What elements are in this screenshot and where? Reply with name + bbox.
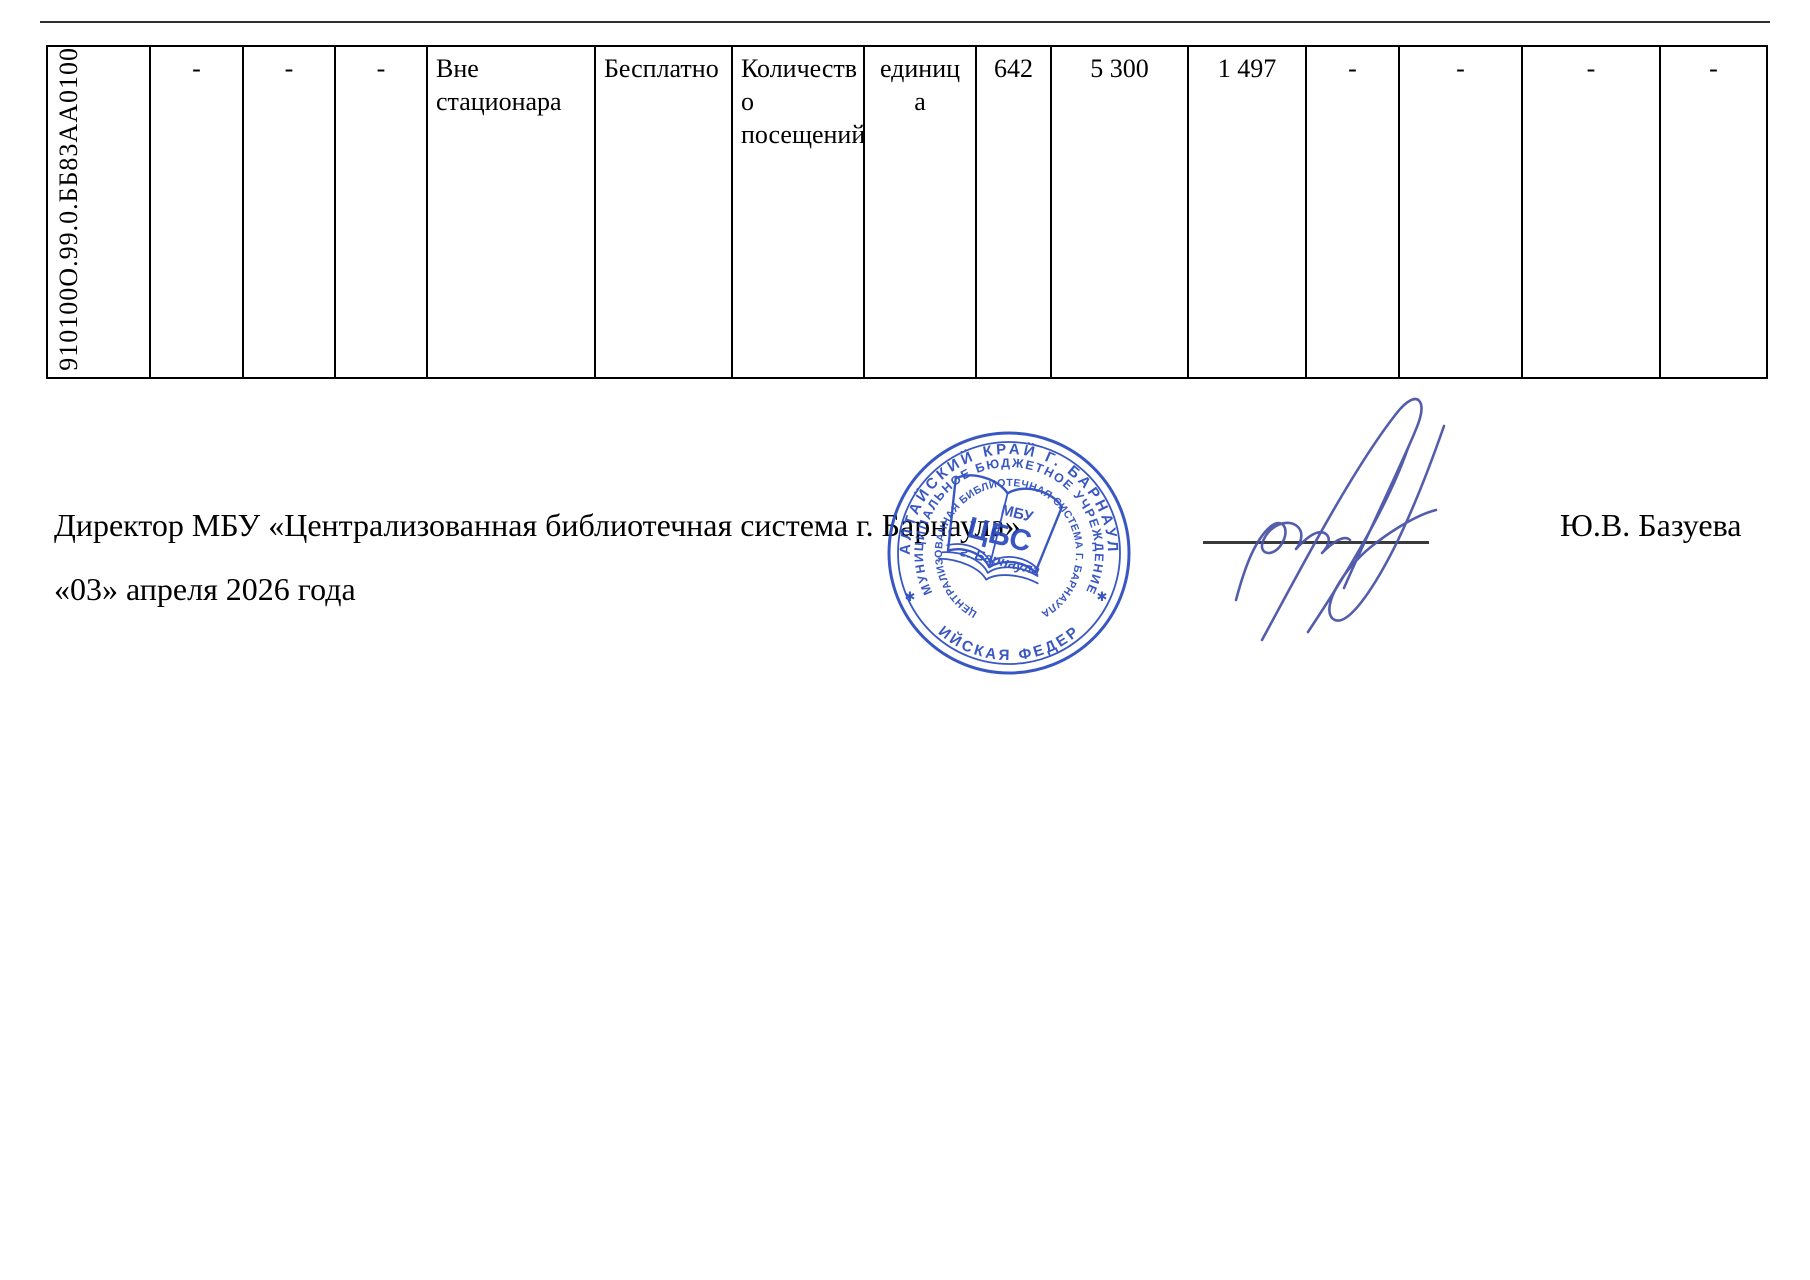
- table-cell: -: [1400, 47, 1521, 377]
- table-cell-free-of-charge: Бесплатно: [596, 47, 731, 377]
- rotated-service-code: 910100О.99.0.ББ83АА01000: [55, 47, 84, 371]
- director-title-line: Директор МБУ «Централизованная библиотеч…: [54, 508, 1021, 543]
- signatory-name: Ю.В. Базуева: [1560, 508, 1741, 543]
- document-date: «03» апреля 2026 года: [54, 572, 356, 607]
- table-cell: -: [151, 47, 242, 377]
- table-cell-unit-name: единиц а: [865, 47, 975, 377]
- table-cell: -: [1307, 47, 1398, 377]
- table-cell: -: [244, 47, 334, 377]
- table-cell-indicator-name: Количеств о посещений: [733, 47, 863, 377]
- handwritten-signature: [1170, 385, 1470, 650]
- municipal-task-table: 910100О.99.0.ББ83АА01000 - - - Вне стаци…: [46, 45, 1768, 379]
- signature-stroke: [1262, 399, 1422, 640]
- organization-stamp: АЛТАЙСКИЙ КРАЙ Г. БАРНАУЛ РОССИЙСКАЯ ФЕД…: [879, 423, 1139, 683]
- table-cell: -: [1523, 47, 1659, 377]
- table-cell-actual-value: 1 497: [1189, 47, 1305, 377]
- table-cell-service-code: 910100О.99.0.ББ83АА01000: [48, 47, 149, 377]
- previous-row-border-line: [40, 21, 1770, 23]
- table-cell: -: [1661, 47, 1766, 377]
- table-cell: -: [336, 47, 426, 377]
- table-cell-plan-value: 5 300: [1052, 47, 1187, 377]
- signature-stroke: [1236, 523, 1350, 600]
- document-page: 910100О.99.0.ББ83АА01000 - - - Вне стаци…: [0, 0, 1810, 1280]
- stamp-separator-left: ✱: [905, 589, 916, 604]
- stamp-separator-right: ✱: [1097, 589, 1108, 604]
- table-cell-unit-code: 642: [977, 47, 1050, 377]
- table-cell-service-condition: Вне стационара: [428, 47, 594, 377]
- signature-stroke: [1329, 426, 1444, 621]
